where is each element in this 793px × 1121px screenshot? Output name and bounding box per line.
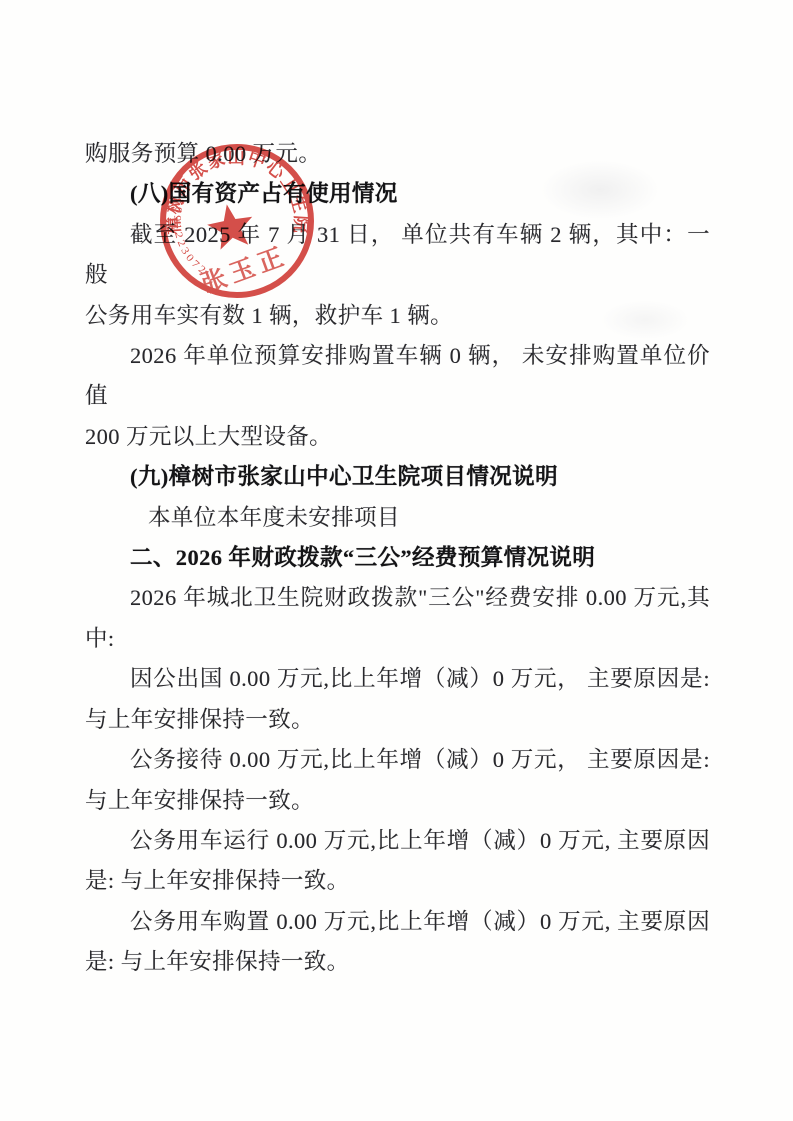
- seal-star-icon: [207, 204, 252, 249]
- text-line: 本单位本年度未安排项目: [85, 498, 710, 538]
- text-line: 2026 年城北卫生院财政拨款"三公"经费安排 0.00 万元,其: [85, 578, 710, 618]
- text-line: 200 万元以上大型设备。: [85, 417, 710, 457]
- text-line: 公务接待 0.00 万元,比上年增（减）0 万元， 主要原因是:: [85, 740, 710, 780]
- text-line: 公务用车购置 0.00 万元,比上年增（减）0 万元, 主要原因: [85, 902, 710, 942]
- text-line: 2026 年单位预算安排购置车辆 0 辆， 未安排购置单位价值: [85, 336, 710, 417]
- heading-line: 二、2026 年财政拨款“三公”经费预算情况说明: [85, 538, 710, 578]
- text-line: 公务用车运行 0.00 万元,比上年增（减）0 万元, 主要原因: [85, 821, 710, 861]
- heading-line: (九)樟树市张家山中心卫生院项目情况说明: [85, 457, 710, 497]
- text-line: 与上年安排保持一致。: [85, 781, 710, 821]
- text-line: 是: 与上年安排保持一致。: [85, 861, 710, 901]
- official-seal: 樟树市张家山中心卫生院 38091223072 张玉正: [147, 131, 327, 311]
- text-line: 是: 与上年安排保持一致。: [85, 942, 710, 982]
- text-line: 中:: [85, 619, 710, 659]
- text-line: 与上年安排保持一致。: [85, 700, 710, 740]
- text-line: 因公出国 0.00 万元,比上年增（减）0 万元， 主要原因是:: [85, 659, 710, 699]
- scanned-document-page: 购服务预算 0.00 万元。(八)国有资产占有使用情况截至 2025 年 7 月…: [0, 0, 793, 1121]
- seal-inner-text: 张玉正: [198, 242, 292, 299]
